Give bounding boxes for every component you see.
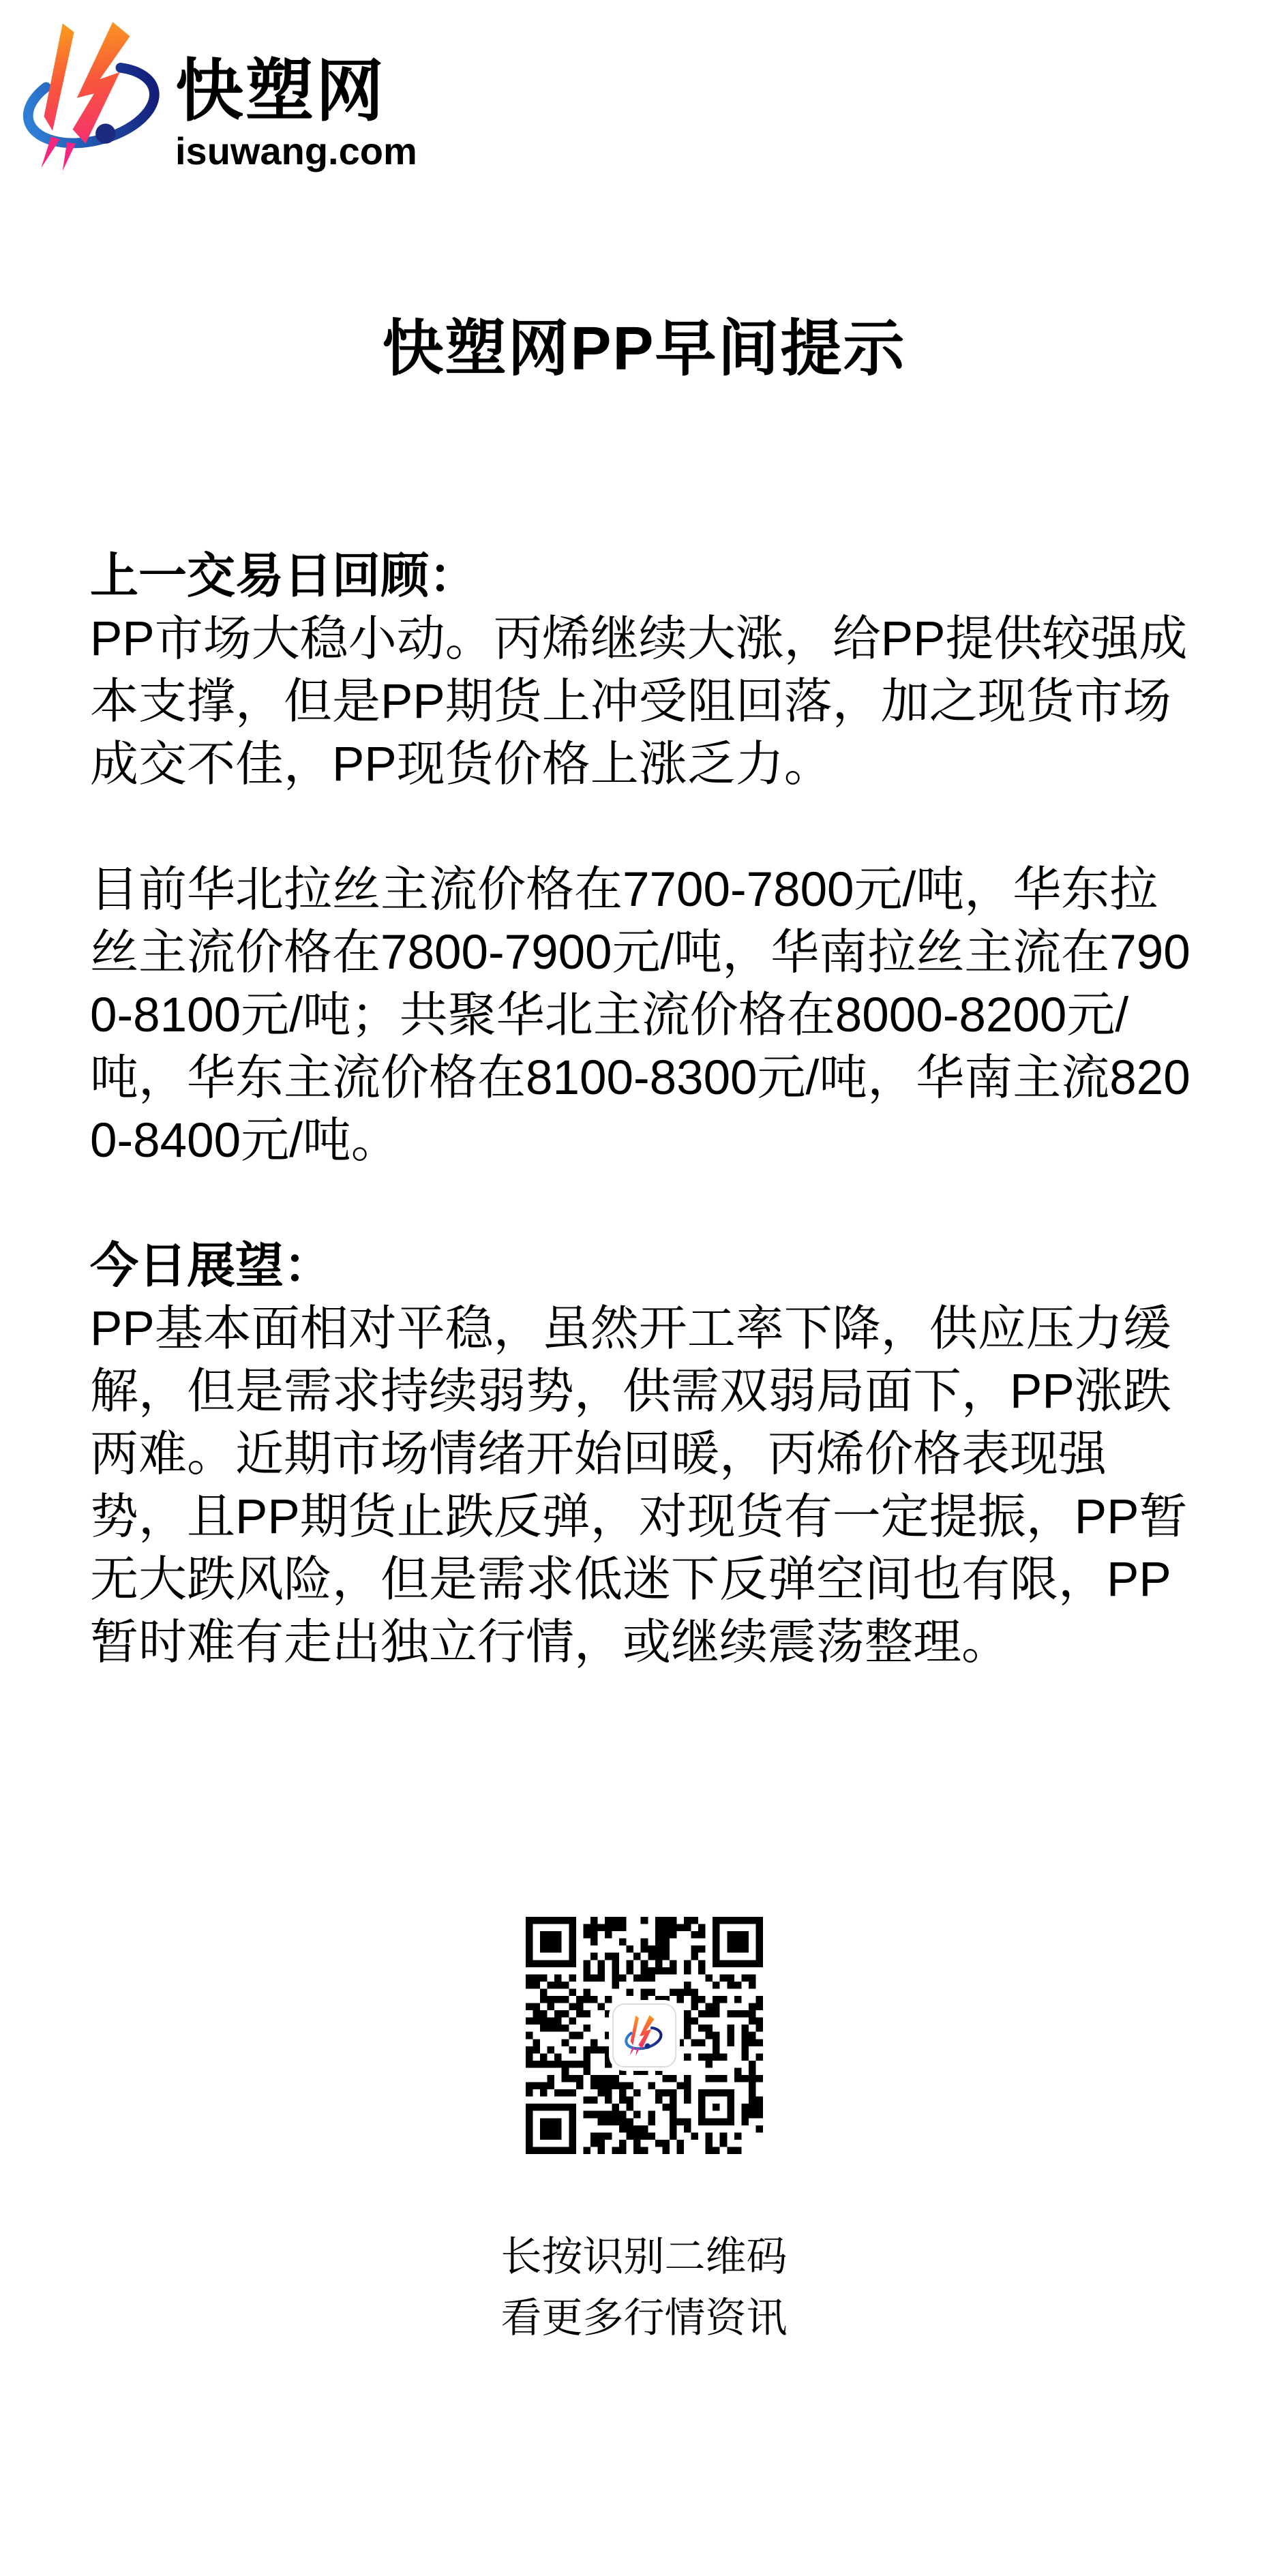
qr-logo-icon xyxy=(625,2014,664,2057)
brand-name: 快塑网 xyxy=(175,57,417,125)
page-title: 快塑网PP早间提示 xyxy=(0,299,1288,387)
qr-caption-line1: 长按识别二维码 xyxy=(0,2226,1288,2288)
brand-domain: isuwang.com xyxy=(175,132,417,170)
section-heading-review: 上一交易日回顾： xyxy=(90,545,1200,608)
brand-text: 快塑网 isuwang.com xyxy=(175,57,417,170)
brand-logo-icon xyxy=(23,19,166,174)
paragraph-price-summary: 目前华北拉丝主流价格在7700-7800元/吨，华东拉丝主流价格在7800-79… xyxy=(90,859,1200,1172)
qr-block: 长按识别二维码 看更多行情资讯 xyxy=(0,1917,1288,2349)
qr-caption: 长按识别二维码 看更多行情资讯 xyxy=(0,2226,1288,2349)
paragraph-outlook: PP基本面相对平稳，虽然开工率下降，供应压力缓解，但是需求持续弱势，供需双弱局面… xyxy=(90,1298,1200,1674)
qr-code[interactable] xyxy=(526,1917,763,2154)
section-heading-outlook: 今日展望： xyxy=(90,1235,1200,1298)
article-body: 上一交易日回顾： PP市场大稳小动。丙烯继续大涨，给PP提供较强成本支撑，但是P… xyxy=(90,545,1200,1674)
qr-caption-line2: 看更多行情资讯 xyxy=(0,2288,1288,2349)
paragraph-market-review: PP市场大稳小动。丙烯继续大涨，给PP提供较强成本支撑，但是PP期货上冲受阻回落… xyxy=(90,608,1200,796)
page: 快塑网 isuwang.com 快塑网PP早间提示 上一交易日回顾： PP市场大… xyxy=(0,0,1288,2576)
qr-logo-badge xyxy=(612,2003,676,2067)
brand-logo: 快塑网 isuwang.com xyxy=(23,19,417,174)
